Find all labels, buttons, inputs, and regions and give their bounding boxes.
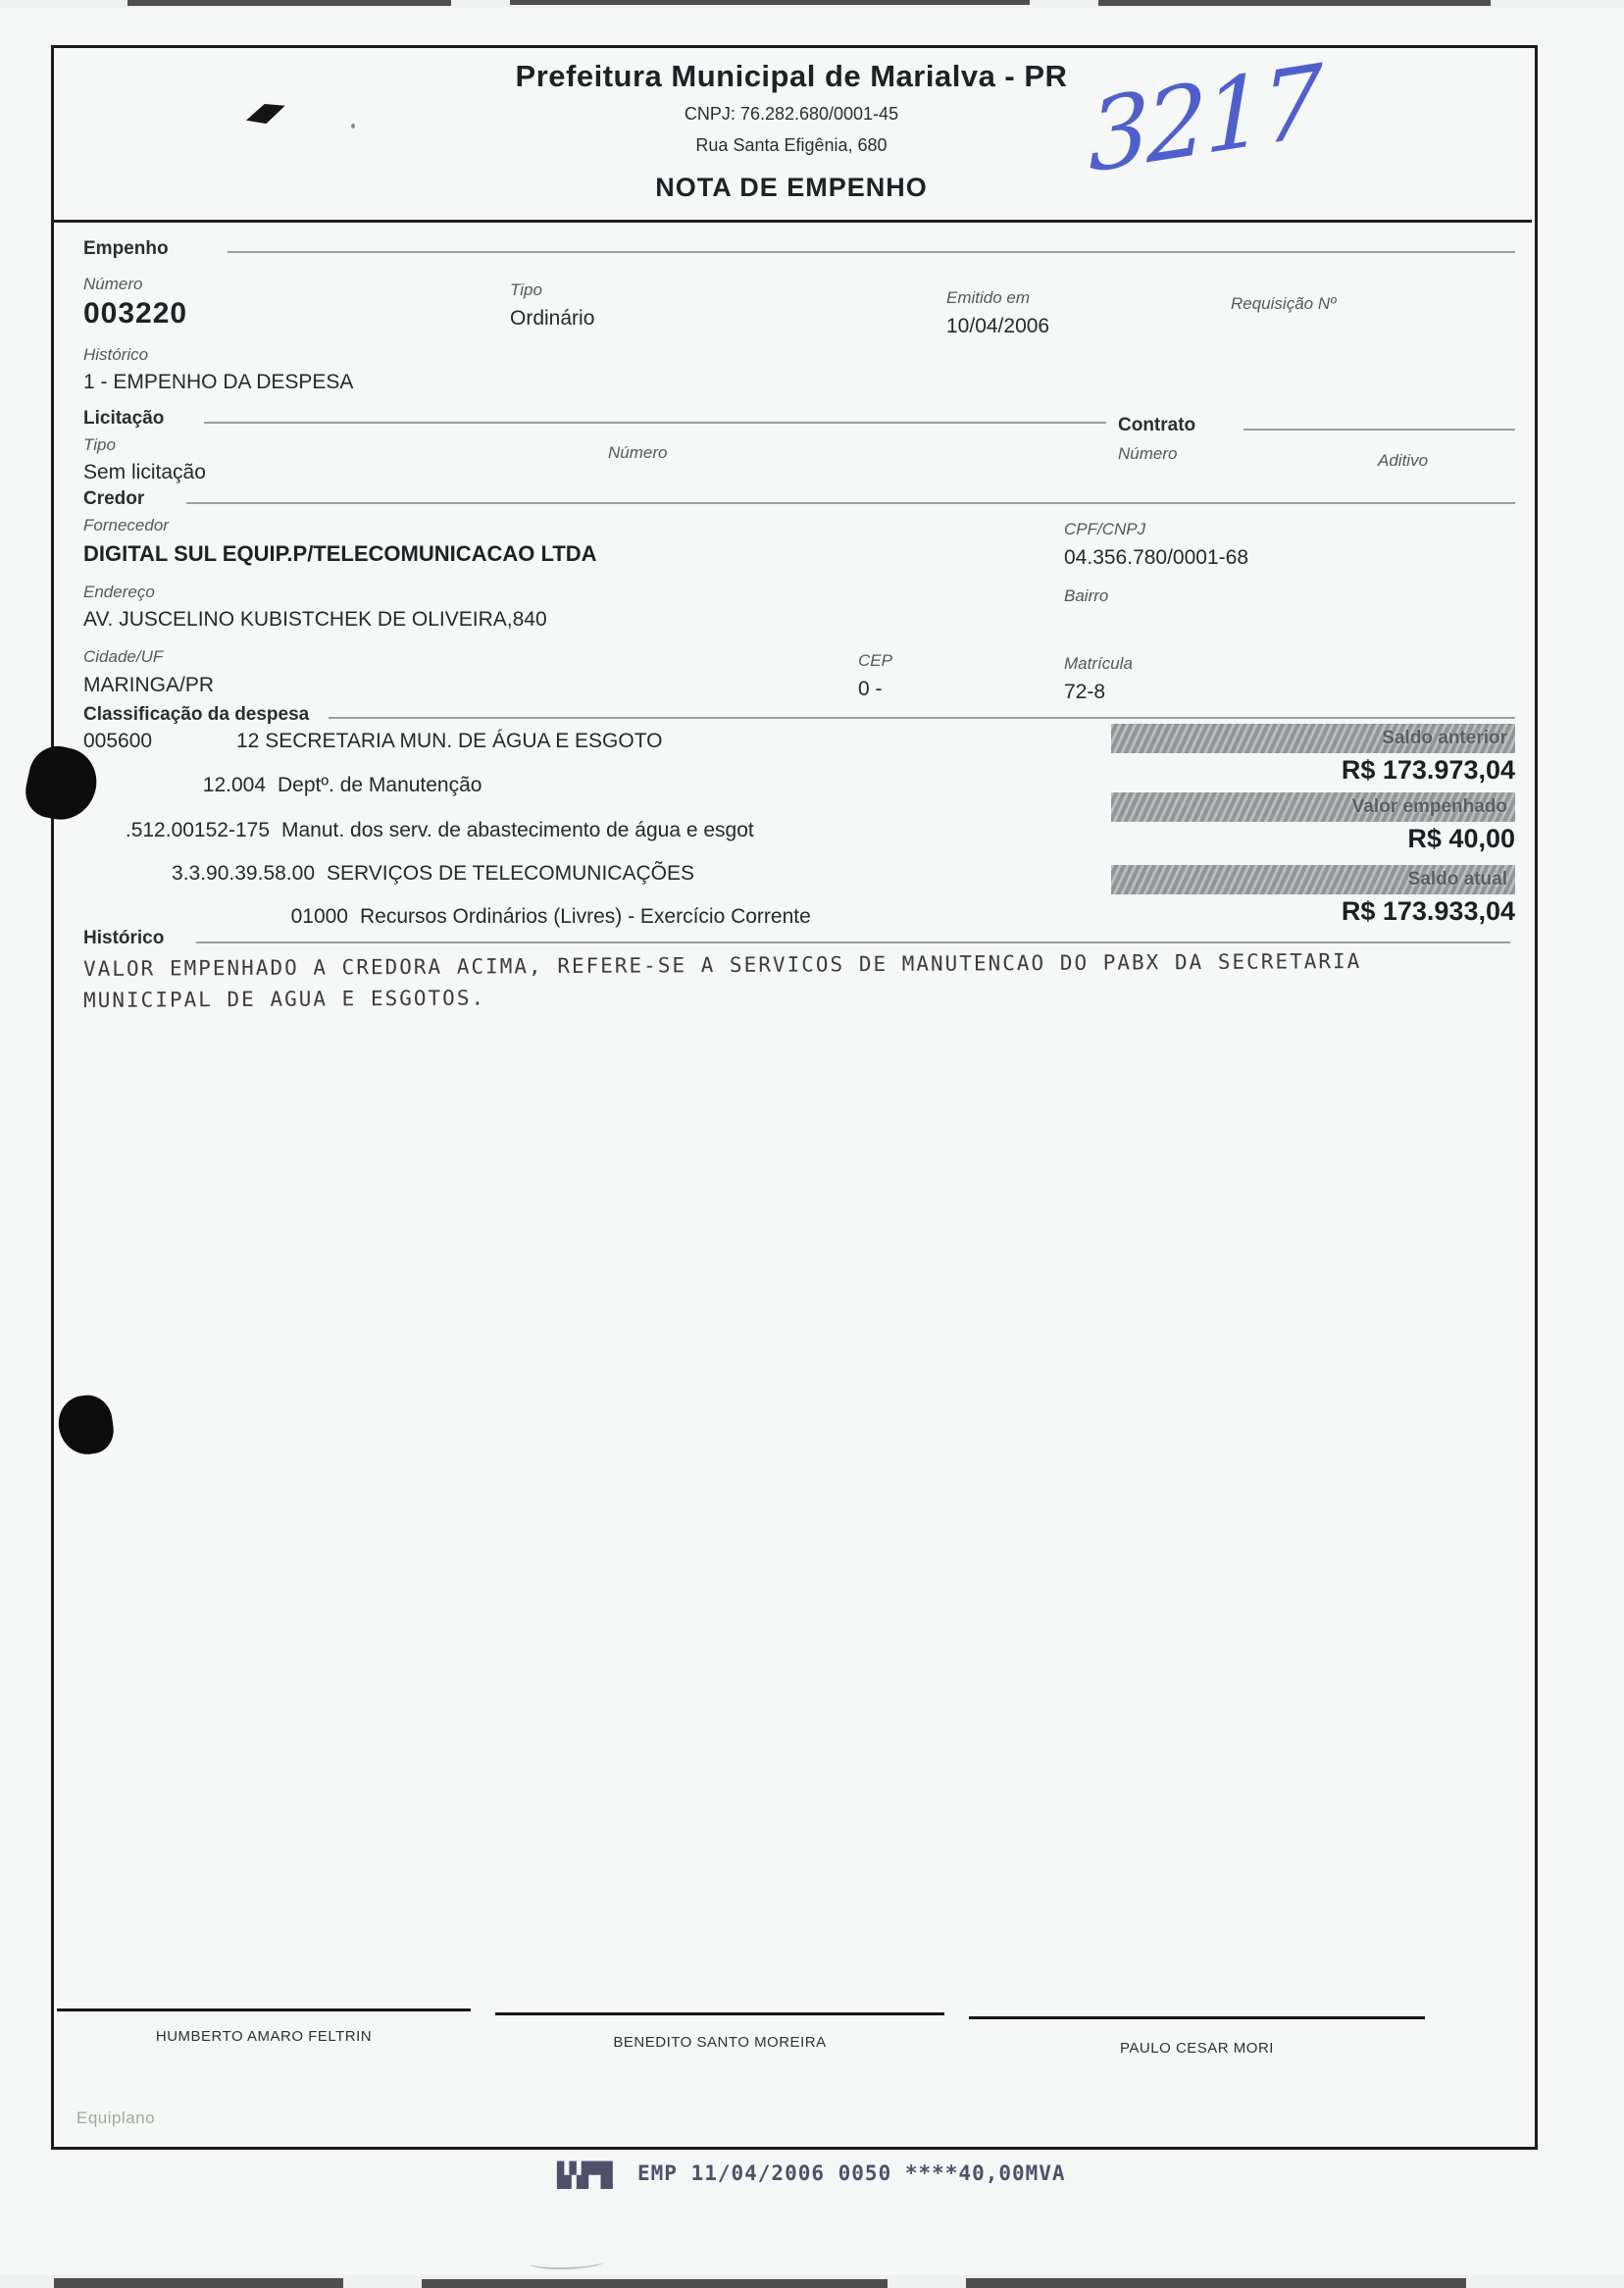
fornecedor-label: Fornecedor <box>83 516 169 535</box>
classification-row: 01000Recursos Ordinários (Livres) - Exer… <box>83 905 811 929</box>
signature-name: PAULO CESAR MORI <box>969 2040 1425 2057</box>
licitacao-tipo-value: Sem licitação <box>83 461 206 484</box>
licitacao-tipo-label: Tipo <box>83 435 116 455</box>
signature-line <box>969 2016 1425 2019</box>
cep-label: CEP <box>858 651 892 671</box>
endereco-label: Endereço <box>83 583 155 602</box>
emitido-em-label: Emitido em <box>946 288 1030 308</box>
empenho-tipo-value: Ordinário <box>510 307 594 330</box>
saldo-anterior-value: R$ 173.973,04 <box>1111 755 1515 786</box>
empenho-tipo-label: Tipo <box>510 280 542 300</box>
bairro-label: Bairro <box>1064 586 1108 606</box>
signature-line <box>57 2008 471 2011</box>
empenho-numero-value: 003220 <box>83 297 187 330</box>
licitacao-numero-label: Número <box>608 443 667 463</box>
classification-code: 3.3.90.39.58.00 <box>83 862 315 886</box>
scan-edge-artifact <box>422 2279 888 2288</box>
scan-edge-artifact <box>54 2278 343 2288</box>
valor-empenhado-label: Valor empenhado <box>1352 796 1515 817</box>
empenho-historico-label: Histórico <box>83 345 148 365</box>
signature-line <box>495 2012 944 2015</box>
classification-code: 01000 <box>83 905 348 929</box>
historico-section-label: Histórico <box>83 928 164 949</box>
classification-row: .512.00152-175Manut. dos serv. de abaste… <box>83 819 754 842</box>
signature-name: HUMBERTO AMARO FELTRIN <box>57 2028 471 2045</box>
historico-text-line2: MUNICIPAL DE AGUA E ESGOTOS. <box>83 986 485 1012</box>
classificacao-section-label: Classificação da despesa <box>83 704 309 726</box>
document-title: NOTA DE EMPENHO <box>51 173 1532 203</box>
cidade-uf-label: Cidade/UF <box>83 647 163 667</box>
section-rule <box>1243 429 1515 431</box>
classification-desc: 12 SECRETARIA MUN. DE ÁGUA E ESGOTO <box>236 730 663 752</box>
ink-speck <box>351 124 355 128</box>
classification-desc: SERVIÇOS DE TELECOMUNICAÇÕES <box>327 862 694 885</box>
section-rule <box>196 941 1510 943</box>
scanned-document: Prefeitura Municipal de Marialva - PR CN… <box>0 0 1624 2288</box>
cep-value: 0 - <box>858 678 883 701</box>
matricula-label: Matrícula <box>1064 654 1133 674</box>
classification-code: 12.004 <box>83 774 266 797</box>
document-frame <box>51 45 1538 2150</box>
signature-name: BENEDITO SANTO MOREIRA <box>495 2034 944 2051</box>
saldo-anterior-label: Saldo anterior <box>1382 728 1515 748</box>
saldo-atual-label: Saldo atual <box>1408 869 1515 890</box>
saldo-atual-value: R$ 173.933,04 <box>1111 896 1515 927</box>
requisicao-label: Requisição Nº <box>1231 294 1336 314</box>
matricula-value: 72-8 <box>1064 681 1105 704</box>
section-rule <box>204 422 1106 424</box>
aditivo-label: Aditivo <box>1378 451 1428 471</box>
scan-edge-artifact <box>1098 0 1491 6</box>
contrato-numero-label: Número <box>1118 444 1177 464</box>
scan-edge-artifact <box>966 2278 1466 2288</box>
dot-matrix-stamp: EMP 11/04/2006 0050 ****40,00MVA <box>637 2161 1066 2185</box>
header-divider <box>51 220 1532 223</box>
classification-code: 005600 <box>83 730 160 753</box>
section-rule <box>228 251 1515 253</box>
classification-desc: Manut. dos serv. de abastecimento de águ… <box>281 819 754 841</box>
classification-row: 12.004Deptº. de Manutenção <box>83 774 482 797</box>
section-rule <box>329 717 1515 719</box>
emitido-em-value: 10/04/2006 <box>946 315 1049 338</box>
software-vendor-watermark: Equiplano <box>76 2109 155 2128</box>
cpf-cnpj-label: CPF/CNPJ <box>1064 520 1145 539</box>
classification-desc: Recursos Ordinários (Livres) - Exercício… <box>360 905 811 928</box>
credor-section-label: Credor <box>83 488 144 510</box>
classification-row: 3.3.90.39.58.00SERVIÇOS DE TELECOMUNICAÇ… <box>83 862 694 886</box>
saldo-anterior-bar: Saldo anterior <box>1111 724 1515 753</box>
valor-empenhado-bar: Valor empenhado <box>1111 792 1515 822</box>
valor-empenhado-value: R$ 40,00 <box>1111 824 1515 854</box>
empenho-numero-label: Número <box>83 275 142 294</box>
classification-code: .512.00152-175 <box>83 819 270 842</box>
endereco-value: AV. JUSCELINO KUBISTCHEK DE OLIVEIRA,840 <box>83 608 547 632</box>
classification-row: 00560012 SECRETARIA MUN. DE ÁGUA E ESGOT… <box>83 730 663 753</box>
scan-edge-artifact <box>127 0 451 6</box>
fornecedor-value: DIGITAL SUL EQUIP.P/TELECOMUNICACAO LTDA <box>83 541 597 567</box>
section-rule <box>186 502 1515 504</box>
contrato-section-label: Contrato <box>1118 415 1195 436</box>
cidade-uf-value: MARINGA/PR <box>83 674 214 697</box>
empenho-section-label: Empenho <box>83 238 169 260</box>
classification-desc: Deptº. de Manutenção <box>278 774 482 796</box>
saldo-atual-bar: Saldo atual <box>1111 865 1515 894</box>
scan-edge-artifact <box>510 0 1030 5</box>
empenho-historico-value: 1 - EMPENHO DA DESPESA <box>83 371 353 394</box>
licitacao-section-label: Licitação <box>83 408 164 430</box>
cpf-cnpj-value: 04.356.780/0001-68 <box>1064 546 1248 570</box>
printer-logo-mark: ▙▚▛▜▌ <box>557 2161 618 2189</box>
